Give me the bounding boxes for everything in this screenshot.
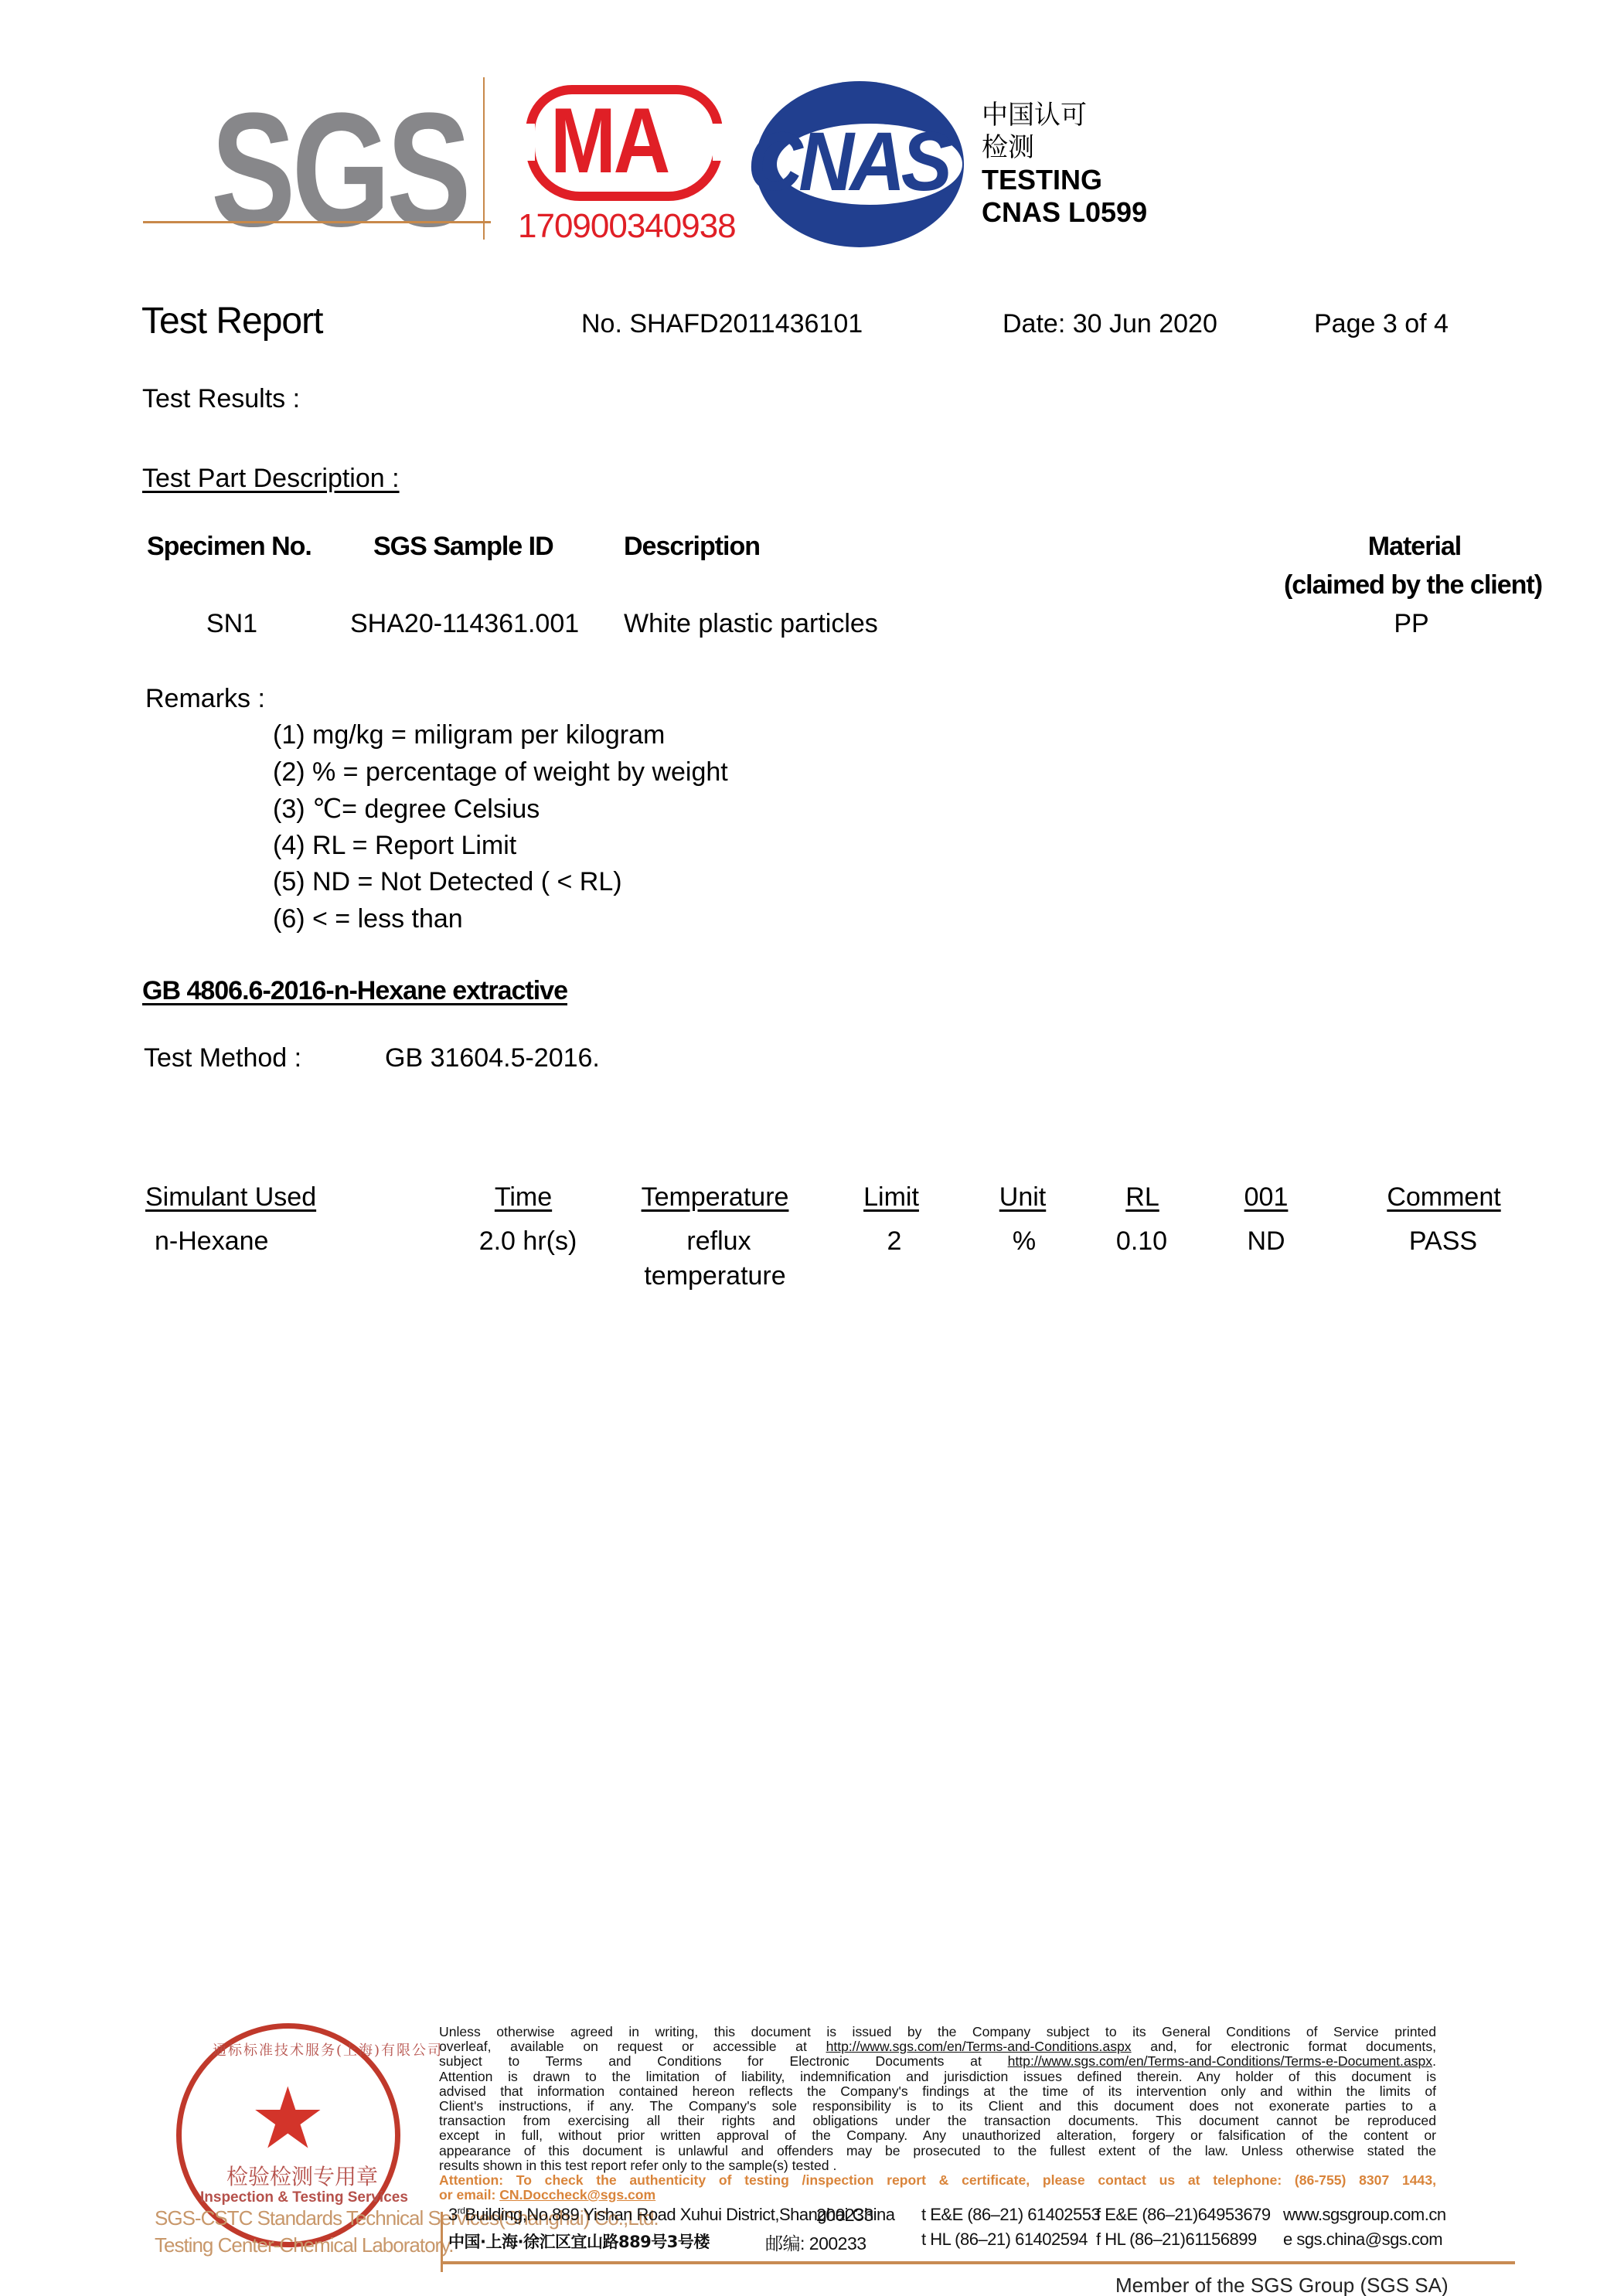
fax-hl: f HL (86–21)61156899: [1096, 2230, 1257, 2250]
col-material-note: (claimed by the client): [1284, 570, 1542, 600]
postcode-cn: 邮编: 200233: [765, 2230, 866, 2255]
cell-limit: 2: [887, 1226, 902, 1257]
sgs-logo-text: SGS: [211, 89, 468, 251]
col-unit: Unit: [999, 1182, 1046, 1213]
col-description: Description: [624, 532, 760, 562]
seal-center-en: Inspection & Testing Services: [200, 2189, 408, 2206]
cell-temperature-line1: reflux: [686, 1226, 751, 1257]
cell-material: PP: [1394, 609, 1428, 639]
cnas-logo: CNAS: [754, 81, 978, 247]
email-link[interactable]: e sgs.china@sgs.com: [1283, 2230, 1442, 2250]
cell-description: White plastic particles: [624, 609, 878, 639]
test-method-label: Test Method :: [144, 1043, 301, 1073]
cell-rl: 0.10: [1116, 1226, 1167, 1257]
cell-sample-id: SHA20-114361.001: [350, 609, 579, 639]
test-section-heading: GB 4806.6-2016-n-Hexane extractive: [142, 976, 567, 1006]
lab-name-line2: Testing Center-Chemical Laboratory.: [155, 2233, 453, 2257]
sgs-logo: SGS: [143, 73, 491, 243]
col-001: 001: [1244, 1182, 1289, 1213]
tel-ee: t E&E (86–21) 61402553: [921, 2205, 1100, 2225]
test-results-label: Test Results :: [142, 384, 300, 414]
cma-logo: MA 170900340938: [518, 77, 734, 243]
tel-hl: t HL (86–21) 61402594: [921, 2230, 1088, 2250]
remark-item: (6) < = less than: [273, 904, 463, 934]
col-simulant: Simulant Used: [145, 1182, 316, 1213]
cnas-cn-line1: 中国认可: [982, 99, 1147, 131]
col-limit: Limit: [863, 1182, 919, 1213]
cell-comment: PASS: [1409, 1226, 1477, 1257]
cnas-accreditation-text: 中国认可 检测 TESTING CNAS L0599: [982, 99, 1147, 229]
report-date: Date: 30 Jun 2020: [1003, 309, 1217, 339]
logo-divider-horizontal: [143, 221, 491, 223]
cell-simulant: n-Hexane: [155, 1226, 268, 1257]
col-sample-id: SGS Sample ID: [373, 532, 553, 562]
page-number: Page 3 of 4: [1314, 309, 1449, 339]
col-rl: RL: [1125, 1182, 1159, 1213]
page-title: Test Report: [141, 300, 322, 342]
seal-arc-text: 通标标准技术服务(上海)有限公司: [213, 2039, 443, 2060]
col-specimen-no: Specimen No.: [147, 532, 312, 562]
cell-result-001: ND: [1247, 1226, 1285, 1257]
cell-specimen-no: SN1: [206, 609, 257, 639]
test-method-value: GB 31604.5-2016.: [385, 1043, 600, 1073]
col-temperature: Temperature: [642, 1182, 789, 1213]
cnas-code: CNAS L0599: [982, 196, 1147, 229]
cma-frame-gap: [524, 124, 535, 161]
star-icon: ★: [250, 2077, 326, 2162]
address-cn: 中国·上海·徐汇区宜山路889号3号楼: [448, 2230, 710, 2253]
disclaimer-last-line: results shown in this test report refer …: [439, 2158, 1436, 2173]
footer-divider-horizontal: [441, 2261, 1515, 2264]
legal-disclaimer: Unless otherwise agreed in writing, this…: [439, 2025, 1436, 2202]
col-comment: Comment: [1387, 1182, 1500, 1213]
postcode-en: 200233: [816, 2205, 873, 2226]
cnas-cn-line2: 检测: [982, 131, 1147, 164]
test-part-heading: Test Part Description :: [142, 464, 400, 494]
seal-center-cn: 检验检测专用章: [226, 2160, 378, 2191]
cma-mark: MA: [550, 94, 668, 187]
authenticity-notice: Attention: To check the authenticity of …: [439, 2173, 1436, 2188]
remarks-label: Remarks :: [145, 684, 265, 714]
cma-frame-gap: [713, 124, 723, 161]
cell-temperature-line2: temperature: [644, 1261, 785, 1291]
report-number: No. SHAFD2011436101: [581, 309, 863, 339]
cnas-mark: CNAS: [747, 120, 948, 203]
cnas-testing: TESTING: [982, 164, 1147, 196]
remark-item: (2) % = percentage of weight by weight: [273, 757, 728, 787]
col-material: Material: [1368, 532, 1462, 562]
fax-ee: f E&E (86–21)64953679: [1096, 2205, 1271, 2225]
cma-number: 170900340938: [518, 207, 736, 246]
col-time: Time: [495, 1182, 552, 1213]
cell-unit: %: [1013, 1226, 1036, 1257]
remark-item: (1) mg/kg = miligram per kilogram: [273, 720, 665, 750]
remark-item: (4) RL = Report Limit: [273, 831, 516, 861]
doccheck-email-link[interactable]: CN.Doccheck@sgs.com: [499, 2188, 655, 2202]
remark-item: (3) ℃= degree Celsius: [273, 794, 540, 825]
logo-divider-vertical: [483, 77, 485, 240]
authenticity-email-line: or email: CN.Doccheck@sgs.com: [439, 2188, 1436, 2202]
website-link[interactable]: www.sgsgroup.com.cn: [1283, 2205, 1446, 2225]
email-prefix: or email:: [439, 2188, 499, 2202]
remark-item: (5) ND = Not Detected ( < RL): [273, 867, 622, 897]
cell-time: 2.0 hr(s): [479, 1226, 577, 1257]
sgs-member-note: Member of the SGS Group (SGS SA): [1115, 2274, 1449, 2296]
